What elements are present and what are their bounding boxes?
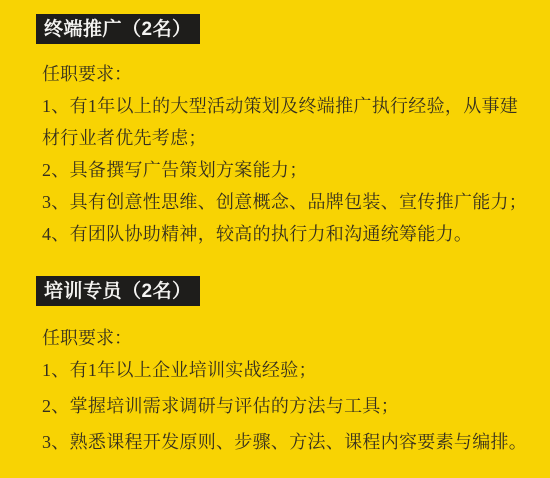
- job-title-bar-terminal-promotion: 终端推广（2名）: [36, 14, 200, 44]
- requirements-label: 任职要求：: [42, 322, 532, 354]
- requirements-label: 任职要求：: [42, 58, 532, 90]
- requirement-item: 3、熟悉课程开发原则、步骤、方法、课程内容要素与编排。: [42, 426, 532, 458]
- requirement-item: 3、具有创意性思维、创意概念、品牌包装、宣传推广能力；: [42, 186, 532, 218]
- requirement-item: 1、有1年以上企业培训实战经验；: [42, 354, 532, 386]
- section-training-specialist: 培训专员（2名） 任职要求： 1、有1年以上企业培训实战经验； 2、掌握培训需求…: [36, 250, 532, 458]
- job-title-text: 培训专员（2名）: [44, 281, 192, 302]
- requirement-item: 2、具备撰写广告策划方案能力；: [42, 154, 532, 186]
- requirement-item: 4、有团队协助精神，较高的执行力和沟通统筹能力。: [42, 218, 532, 250]
- section-terminal-promotion: 终端推广（2名） 任职要求： 1、有1年以上的大型活动策划及终端推广执行经验，从…: [36, 14, 532, 250]
- job-title-text: 终端推广（2名）: [44, 19, 192, 40]
- job-title-bar-training-specialist: 培训专员（2名）: [36, 276, 200, 306]
- requirement-item: 1、有1年以上的大型活动策划及终端推广执行经验，从事建材行业者优先考虑；: [42, 90, 532, 154]
- job-posting-poster: 终端推广（2名） 任职要求： 1、有1年以上的大型活动策划及终端推广执行经验，从…: [0, 0, 550, 478]
- requirement-item: 2、掌握培训需求调研与评估的方法与工具；: [42, 390, 532, 422]
